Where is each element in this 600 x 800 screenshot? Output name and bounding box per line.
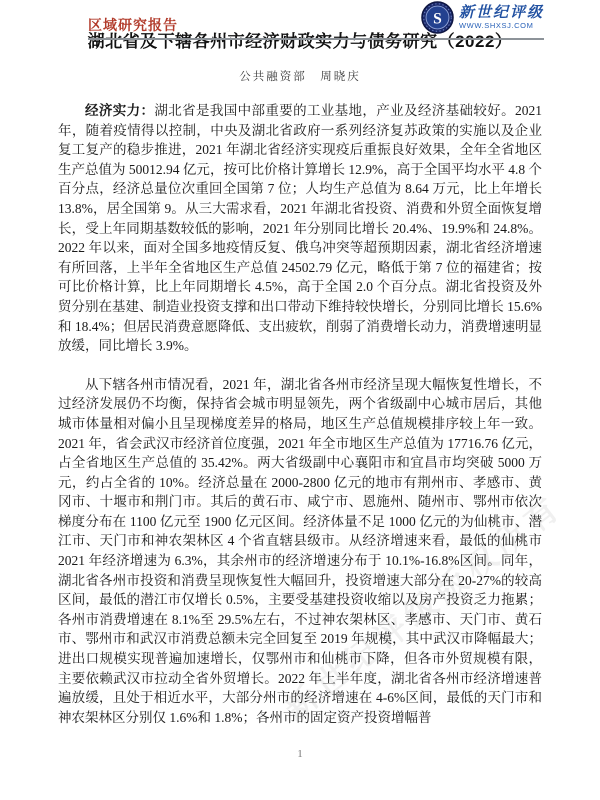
logo-text-block: 新世纪评级 WWW.SHXSJ.COM <box>459 5 544 31</box>
paragraph-text: 从下辖各州市情况看，2021 年，湖北省各州市经济呈现大幅恢复性增长，不过经济发… <box>58 377 542 725</box>
paragraph-lead: 经济实力： <box>85 103 154 118</box>
logo-emblem-icon: S <box>421 1 454 34</box>
paragraph-text: 湖北省是我国中部重要的工业基地，产业及经济基础较好。2021年，随着疫情得以控制… <box>58 103 542 353</box>
report-type-label: 区域研究报告 <box>88 15 178 35</box>
document-authors: 公共融资部 周晓庆 <box>0 68 600 84</box>
paragraph-economic-strength: 经济实力：湖北省是我国中部重要的工业基地，产业及经济基础较好。2021年，随着疫… <box>58 101 542 356</box>
document-body: 经济实力：湖北省是我国中部重要的工业基地，产业及经济基础较好。2021年，随着疫… <box>58 101 542 727</box>
svg-text:S: S <box>433 10 442 27</box>
company-website: WWW.SHXSJ.COM <box>459 22 544 30</box>
report-page: 新世纪评级版权所有 区域研究报告 S 新世纪评级 WWW.SHXSJ.COM 湖… <box>0 0 600 800</box>
page-header: 区域研究报告 S 新世纪评级 WWW.SHXSJ.COM <box>88 0 544 40</box>
page-number: 1 <box>0 748 600 760</box>
company-logo: S 新世纪评级 WWW.SHXSJ.COM <box>421 1 544 34</box>
paragraph-city-overview: 从下辖各州市情况看，2021 年，湖北省各州市经济呈现大幅恢复性增长，不过经济发… <box>58 375 542 728</box>
company-name: 新世纪评级 <box>459 5 544 22</box>
